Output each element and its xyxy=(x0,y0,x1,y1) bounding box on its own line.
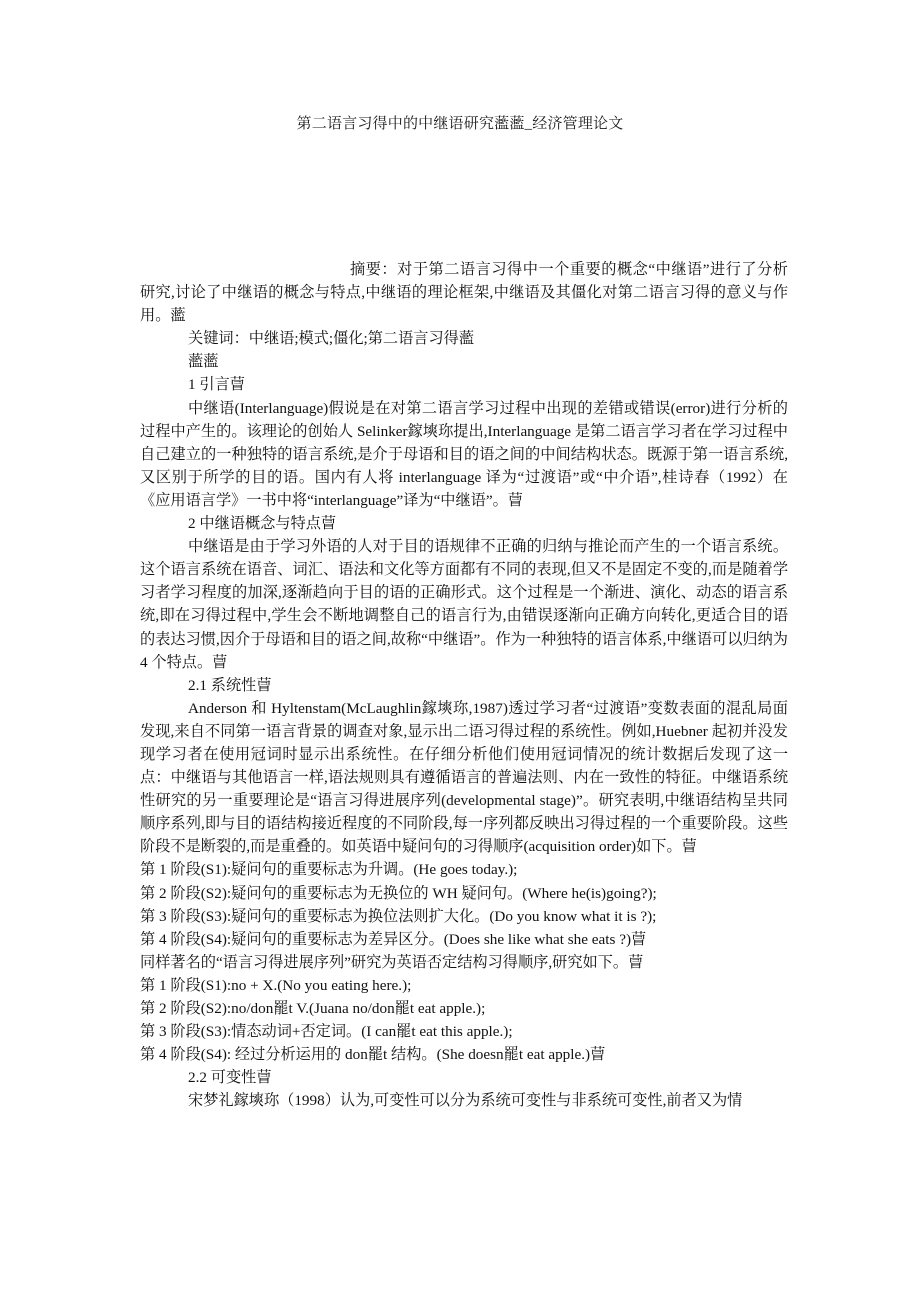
negation-stage-2: 第 2 阶段(S2):no/don罷t V.(Juana no/don罷t ea… xyxy=(140,997,788,1020)
document-page: 第二语言习得中的中继语研究蘫蘫_经济管理论文 摘要：对于第二语言习得中一个重要的… xyxy=(0,0,920,1302)
introduction-paragraph: 中继语(Interlanguage)假说是在对第二语言学习过程中出现的差错或错误… xyxy=(140,397,788,512)
abstract-paragraph: 摘要：对于第二语言习得中一个重要的概念“中继语”进行了分析研究,讨论了中继语的概… xyxy=(140,258,788,327)
question-stage-2: 第 2 阶段(S2):疑问句的重要标志为无换位的 WH 疑问句。(Where h… xyxy=(140,882,788,905)
section-heading-concept: 2 中继语概念与特点萺 xyxy=(140,512,788,535)
variability-paragraph: 宋梦礼鎵塽珎（1998）认为,可变性可以分为系统可变性与非系统可变性,前者又为情 xyxy=(140,1089,788,1112)
section-heading-introduction: 1 引言萺 xyxy=(140,373,788,396)
concept-paragraph: 中继语是由于学习外语的人对于目的语规律不正确的归纳与推论而产生的一个语言系统。这… xyxy=(140,535,788,674)
section-heading-systematicity: 2.1 系统性萺 xyxy=(140,674,788,697)
document-title: 第二语言习得中的中继语研究蘫蘫_经济管理论文 xyxy=(0,113,920,135)
question-stage-1: 第 1 阶段(S1):疑问句的重要标志为升调。(He goes today.); xyxy=(140,858,788,881)
keywords-line: 关键词：中继语;模式;僵化;第二语言习得蘫 xyxy=(140,327,788,350)
systematicity-paragraph: Anderson 和 Hyltenstam(McLaughlin鎵塽珎,1987… xyxy=(140,697,788,859)
spacer-line: 蘫蘫 xyxy=(140,350,788,373)
negation-stage-1: 第 1 阶段(S1):no + X.(No you eating here.); xyxy=(140,974,788,997)
question-stage-3: 第 3 阶段(S3):疑问句的重要标志为换位法则扩大化。(Do you know… xyxy=(140,905,788,928)
document-body: 摘要：对于第二语言习得中一个重要的概念“中继语”进行了分析研究,讨论了中继语的概… xyxy=(140,258,788,1112)
negation-intro: 同样著名的“语言习得进展序列”研究为英语否定结构习得顺序,研究如下。萺 xyxy=(140,951,788,974)
negation-stage-4: 第 4 阶段(S4): 经过分析运用的 don罷t 结构。(She doesn罷… xyxy=(140,1043,788,1066)
question-stage-4: 第 4 阶段(S4):疑问句的重要标志为差异区分。(Does she like … xyxy=(140,928,788,951)
negation-stage-3: 第 3 阶段(S3):情态动词+否定词。(I can罷t eat this ap… xyxy=(140,1020,788,1043)
section-heading-variability: 2.2 可变性萺 xyxy=(140,1066,788,1089)
